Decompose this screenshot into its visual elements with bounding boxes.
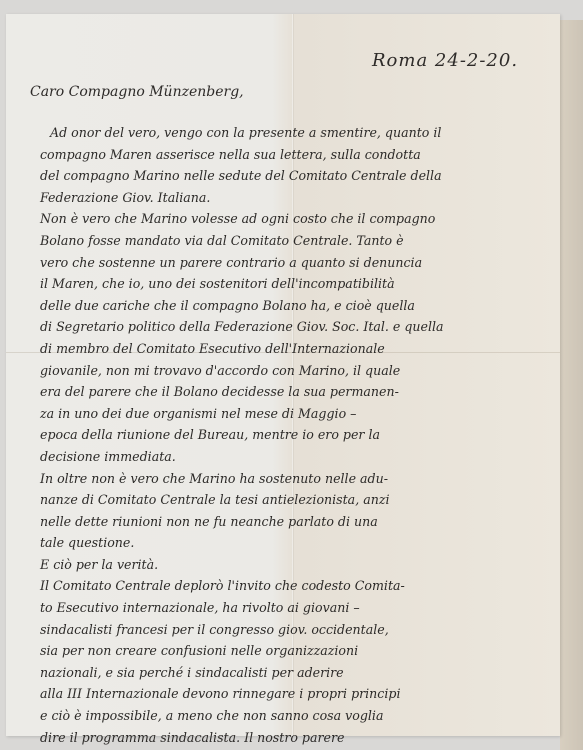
body-line: In oltre non è vero che Marino ha sosten… — [40, 468, 550, 490]
salutation: Caro Compagno Münzenberg, — [30, 84, 244, 100]
body-line: decisione immediata. — [40, 446, 550, 468]
body-line: giovanile, non mi trovavo d'accordo con … — [40, 360, 550, 382]
body-line: alla III Internazionale devono rinnegare… — [40, 683, 550, 705]
body-line: il Maren, che io, uno dei sostenitori de… — [40, 273, 550, 295]
body-line: di Segretario politico della Federazione… — [40, 316, 550, 338]
body-line: Federazione Giov. Italiana. — [40, 187, 550, 209]
letter-date: Roma 24-2-20. — [372, 50, 518, 71]
body-line: di membro del Comitato Esecutivo dell'In… — [40, 338, 550, 360]
body-line: dire il programma sindacalista. Il nostr… — [40, 727, 550, 749]
body-line: vero che sostenne un parere contrario a … — [40, 252, 550, 274]
paper-back-edge — [560, 20, 583, 750]
body-line: to Esecutivo internazionale, ha rivolto … — [40, 597, 550, 619]
body-line: E ciò per la verità. — [40, 554, 550, 576]
body-line: e ciò è impossibile, a meno che non sann… — [40, 705, 550, 727]
body-line: za in uno dei due organismi nel mese di … — [40, 403, 550, 425]
body-line: sindacalisti francesi per il congresso g… — [40, 619, 550, 641]
body-line: tale questione. — [40, 532, 550, 554]
body-line: sia per non creare confusioni nelle orga… — [40, 640, 550, 662]
letter-body: Ad onor del vero, vengo con la presente … — [40, 122, 550, 748]
body-line: nanze di Comitato Centrale la tesi antie… — [40, 489, 550, 511]
body-line: epoca della riunione del Bureau, mentre … — [40, 424, 550, 446]
body-line: Bolano fosse mandato via dal Comitato Ce… — [40, 230, 550, 252]
body-line: nelle dette riunioni non ne fu neanche p… — [40, 511, 550, 533]
body-line: era del parere che il Bolano decidesse l… — [40, 381, 550, 403]
body-line: Il Comitato Centrale deplorò l'invito ch… — [40, 575, 550, 597]
body-line: Ad onor del vero, vengo con la presente … — [40, 122, 550, 144]
body-line: del compagno Marino nelle sedute del Com… — [40, 165, 550, 187]
body-line: nazionali, e sia perché i sindacalisti p… — [40, 662, 550, 684]
body-line: compagno Maren asserisce nella sua lette… — [40, 144, 550, 166]
body-line: delle due cariche che il compagno Bolano… — [40, 295, 550, 317]
body-line: Non è vero che Marino volesse ad ogni co… — [40, 208, 550, 230]
